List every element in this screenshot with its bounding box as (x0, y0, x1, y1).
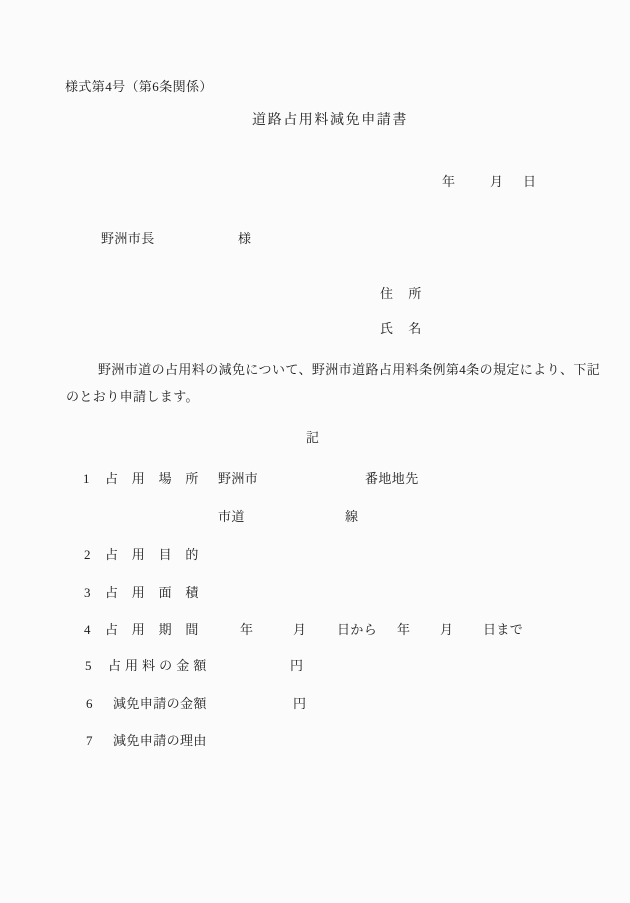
item-5-label: 占 用 料 の 金 額 (108, 657, 207, 674)
addressee-honorific: 様 (238, 230, 251, 247)
item-1-label: 占 用 場 所 (105, 470, 199, 487)
item-1-number: 1 (83, 470, 90, 487)
item-4-from-day-label: 日から (337, 621, 377, 638)
item-1-road-prefix: 市道 (218, 508, 245, 525)
item-4-to-month-label: 月 (440, 621, 453, 638)
addressee-title: 野洲市長 (101, 230, 155, 247)
body-paragraph-line1: 野洲市道の占用料の減免について、野洲市道路占用料条例第4条の規定により、下記 (98, 361, 600, 378)
item-2-label: 占 用 目 的 (105, 546, 199, 563)
body-paragraph-line2: のとおり申請します。 (66, 388, 199, 405)
form-number: 様式第4号（第6条関係） (65, 78, 213, 95)
item-4-to-year-label: 年 (397, 621, 410, 638)
applicant-address-label: 住 所 (380, 285, 423, 302)
date-month-label: 月 (490, 173, 503, 190)
date-day-label: 日 (523, 173, 536, 190)
item-6-label: 減免申請の金額 (113, 695, 207, 712)
date-year-label: 年 (442, 173, 455, 190)
item-4-from-year-label: 年 (240, 621, 253, 638)
applicant-name-label: 氏 名 (380, 320, 423, 337)
record-mark: 記 (306, 429, 319, 446)
item-1-place-city: 野洲市 (218, 470, 258, 487)
item-6-number: 6 (86, 695, 93, 712)
item-7-number: 7 (86, 732, 93, 749)
application-form-page: 様式第4号（第6条関係） 道路占用料減免申請書 年 月 日 野洲市長 様 住 所… (0, 0, 630, 903)
item-4-label: 占 用 期 間 (105, 621, 199, 638)
item-4-number: 4 (84, 621, 91, 638)
item-1-road-suffix: 線 (345, 508, 358, 525)
item-5-unit-label: 円 (290, 657, 303, 674)
item-3-label: 占 用 面 積 (105, 584, 199, 601)
item-6-unit-label: 円 (293, 695, 306, 712)
item-3-number: 3 (84, 584, 91, 601)
item-4-to-day-label: 日まで (483, 621, 523, 638)
page-title: 道路占用料減免申請書 (252, 112, 408, 129)
item-1-place-suffix: 番地地先 (365, 470, 419, 487)
item-2-number: 2 (84, 546, 91, 563)
item-5-number: 5 (85, 657, 92, 674)
item-7-label: 減免申請の理由 (113, 732, 207, 749)
item-4-from-month-label: 月 (293, 621, 306, 638)
